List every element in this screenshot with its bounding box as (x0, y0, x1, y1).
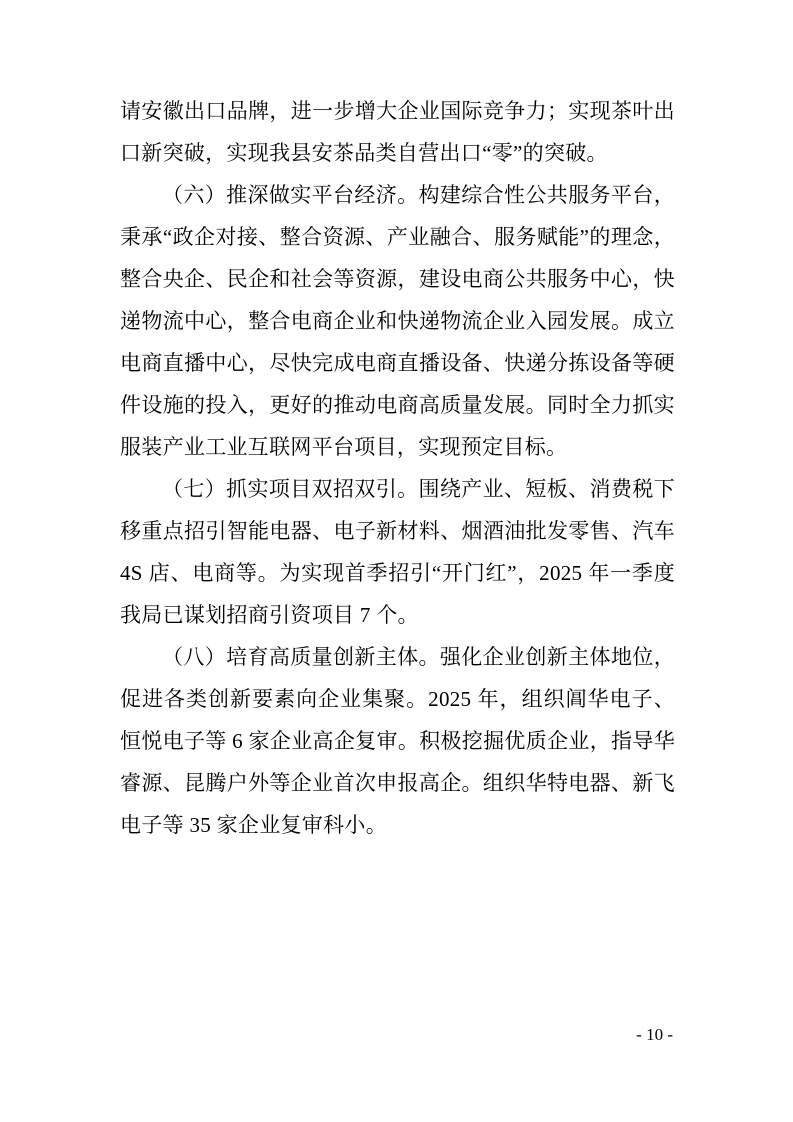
paragraph-item-8: （八）培育高质量创新主体。强化企业创新主体地位，促进各类创新要素向企业集聚。20… (120, 636, 675, 846)
paragraph-item-6: （六）推深做实平台经济。构建综合性公共服务平台，秉承“政企对接、整合资源、产业融… (120, 174, 675, 468)
document-page: 请安徽出口品牌，进一步增大企业国际竞争力；实现茶叶出口新突破，实现我县安茶品类自… (0, 0, 793, 1122)
document-body: 请安徽出口品牌，进一步增大企业国际竞争力；实现茶叶出口新突破，实现我县安茶品类自… (120, 90, 675, 846)
page-number: - 10 - (636, 1024, 673, 1046)
paragraph-item-7: （七）抓实项目双招双引。围绕产业、短板、消费税下移重点招引智能电器、电子新材料、… (120, 468, 675, 636)
paragraph-continuation: 请安徽出口品牌，进一步增大企业国际竞争力；实现茶叶出口新突破，实现我县安茶品类自… (120, 90, 675, 174)
